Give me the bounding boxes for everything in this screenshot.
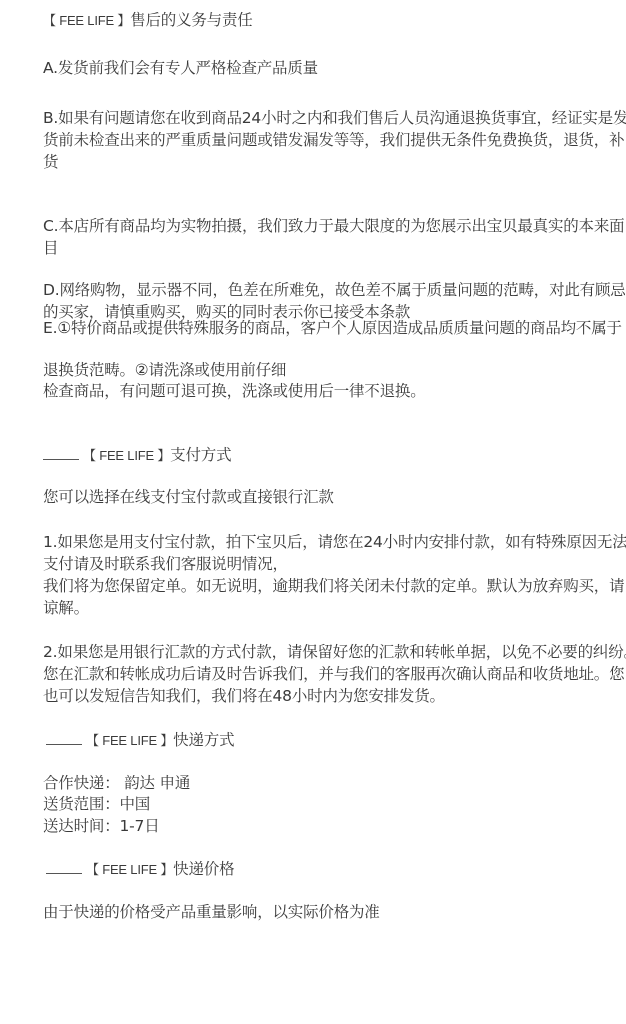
underline-rule [43,449,79,460]
after-sales-title: 【 FEE LIFE 】售后的义务与责任 [43,10,253,31]
payment-1-line1: 1.如果您是用支付宝付款，拍下宝贝后，请您在24小时内安排付款，如有特殊原因无法 [43,532,626,552]
clause-e-line1: E.①特价商品或提供特殊服务的商品，客户个人原因造成品质质量问题的商品均不属于 [43,318,622,338]
section-title-text: 售后的义务与责任 [130,11,252,29]
payment-2-line3: 也可以发短信告知我们，我们将在48小时内为您安排发货。 [43,686,445,706]
clause-b-line2: 货前未检查出来的严重质量问题或错发漏发等等，我们提供无条件免费换货，退货，补 [43,130,624,150]
underline-rule [46,863,82,874]
brand-label: 【 FEE LIFE 】 [86,862,173,877]
brand-label: 【 FEE LIFE 】 [83,448,170,463]
payment-1-line4: 谅解。 [43,598,89,618]
payment-title: 【 FEE LIFE 】支付方式 [43,445,231,466]
payment-intro: 您可以选择在线支付宝付款或直接银行汇款 [43,487,334,507]
payment-1-line2: 支付请及时联系我们客服说明情况， [43,554,288,574]
shipping-time: 送达时间：1-7日 [43,816,160,836]
shipping-title: 【 FEE LIFE 】快递方式 [46,730,234,751]
shipping-carriers: 合作快递： 韵达 申通 [43,773,190,793]
payment-2-line1: 2.如果您是用银行汇款的方式付款，请保留好您的汇款和转帐单据，以免不必要的纠纷。 [43,642,626,662]
shipping-price-title: 【 FEE LIFE 】快递价格 [46,859,234,880]
shipping-range: 送货范围：中国 [43,794,150,814]
clause-d-line1: D.网络购物，显示器不同，色差在所难免，故色差不属于质量问题的范畴，对此有顾忌 [43,280,626,300]
clause-e-line2: 退换货范畴。②请洗涤或使用前仔细 [43,360,286,380]
underline-rule [46,734,82,745]
clause-c-line1: C.本店所有商品均为实物拍摄，我们致力于最大限度的为您展示出宝贝最真实的本来面 [43,216,624,236]
brand-label: 【 FEE LIFE 】 [43,13,130,28]
section-title-text: 快递方式 [173,731,234,749]
clause-b-line1: B.如果有问题请您在收到商品24小时之内和我们售后人员沟通退换货事宜，经证实是发 [43,108,626,128]
section-title-text: 支付方式 [170,446,231,464]
brand-label: 【 FEE LIFE 】 [86,733,173,748]
section-title-text: 快递价格 [173,860,234,878]
clause-b-line3: 货 [43,152,58,172]
payment-1-line3: 我们将为您保留定单。如无说明，逾期我们将关闭未付款的定单。默认为放弃购买，请 [43,576,624,596]
clause-c-line2: 目 [43,238,58,258]
shipping-price-note: 由于快递的价格受产品重量影响，以实际价格为准 [43,902,380,922]
clause-a: A.发货前我们会有专人严格检查产品质量 [43,58,318,78]
clause-e-line3: 检查商品，有问题可退可换，洗涤或使用后一律不退换。 [43,381,426,401]
payment-2-line2: 您在汇款和转帐成功后请及时告诉我们，并与我们的客服再次确认商品和收货地址。您 [43,664,624,684]
